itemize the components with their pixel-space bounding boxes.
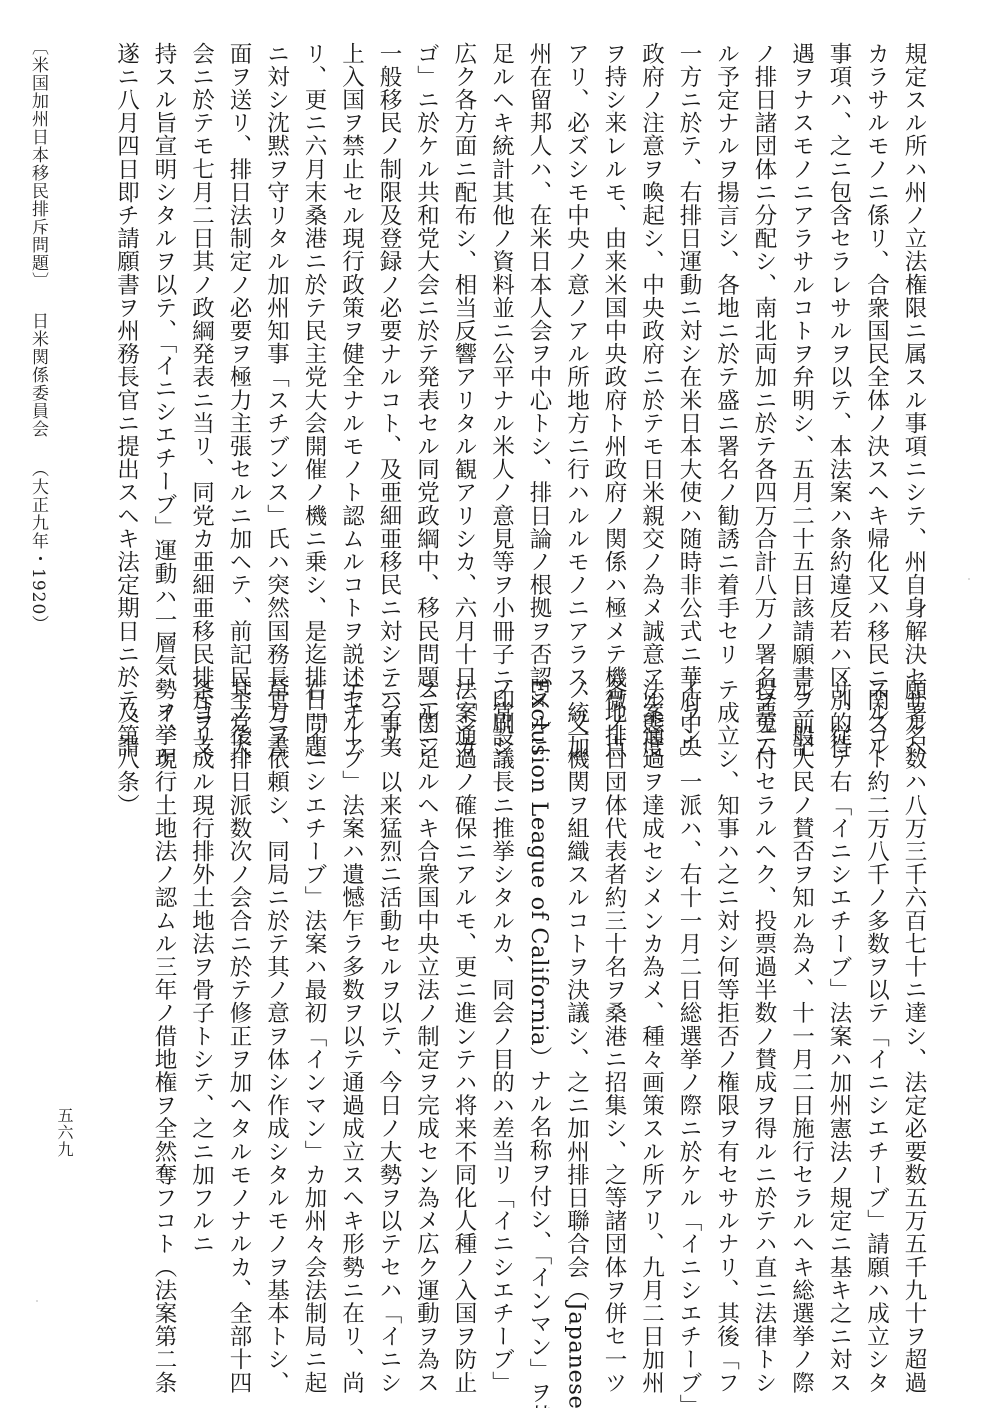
text-line: ヲ持シ来レルモ、由来米国中央政府ト州政府ノ関係ハ極メテ機微ノ点 (595, 42, 633, 642)
text-line: 面ヲ送リ、排日法制定ノ必要ヲ極力主張セルニ加ヘテ、前記民主党大 (220, 42, 258, 642)
text-line: 条ヨリ成ル現行排外土地法ヲ骨子トシテ、之ニ加フルニ (182, 678, 220, 1278)
text-line: 上入国ヲ禁止セル現行政策ヲ健全ナルモノト認ムルコトヲ説述セルア (332, 42, 370, 642)
text-line: 一般移民ノ制限及登録ノ必要ナルコト、及亜細亜移民ニ対シテハ事実 (370, 42, 408, 642)
text-line: エチーブ」法案ハ遺憾乍ラ多数ヲ以テ通過成立スヘキ形勢ニ在リ、尚 (332, 678, 370, 1278)
text-line: 草方ヲ依頼シ、同局ニ於テ其ノ意ヲ体シ作成シタルモノヲ基本トシ、 (257, 678, 295, 1278)
text-line: 州在留邦人ハ、在米日本人会ヲ中心トシ、排日論ノ根拠ヲ否認スルニ (520, 42, 558, 642)
text-line: ニアリ、以来猛烈ニ活動セルヲ以テ、今日ノ大勢ヲ以テセハ「イニシ (370, 678, 408, 1278)
text-line: 右「イニシエチーブ」法案ハ最初「インマン」カ加州々会法制局ニ起 (295, 678, 333, 1278)
text-line: 会ニ於テモ七月二日其ノ政綱発表ニ当リ、同党カ亜細亜移民排斥ヲ支 (182, 42, 220, 642)
running-head-title: 〔米国加州日本移民排斥問題〕 (28, 38, 48, 290)
text-line: ゴ」ニ於ケル共和党大会ニ於テ発表セル同党政綱中、移民問題ニ関シ (407, 42, 445, 642)
text-line: テ成立シ、知事ハ之ニ対シ何等拒否ノ権限ヲ有セサルナリ、其後「フ (707, 678, 745, 1278)
paper-speck (968, 578, 970, 580)
lower-text-block: 願署名数ハ八万三千六百七十ニ達シ、法定必要数五万五千九十ヲ超過 スルコト約二万八… (107, 678, 932, 1278)
text-line: ル予定ナルヲ揚言シ、各地ニ於テ盛ニ署名ノ勧誘ニ着手セリ (707, 42, 745, 642)
page-number: 五六九 (53, 1107, 76, 1158)
text-line: ノ常設議長ニ推挙シタルカ、同会ノ目的ハ差当リ「イニシエチーブ」 (482, 678, 520, 1278)
paper-speck (612, 110, 614, 112)
text-line: 投票ニ付セラルヘク、投票過半数ノ賛成ヲ得ルニ於テハ直ニ法律トシ (745, 678, 783, 1278)
text-line: 及第八条） (107, 678, 145, 1278)
upper-text-block: 規定スル所ハ州ノ立法権限ニ属スル事項ニシテ、州自身解決セサルヘ カラサルモノニ係… (107, 42, 932, 642)
text-line: ノ統一機関ヲ組織スルコトヲ決議シ、之ニ加州排日聯合会（Japanese (557, 678, 595, 1278)
text-line: 各地排日団体代表者約三十名ヲ桑港ニ招集シ、之等諸団体ヲ併セ一ツ (595, 678, 633, 1278)
paper-speck (470, 1372, 472, 1374)
text-line: 遇ヲナスモノニアラサルコトヲ弁明シ、五月二十五日該請願書ヲ前記 (782, 42, 820, 642)
document-page: 規定スル所ハ州ノ立法権限ニ属スル事項ニシテ、州自身解決セサルヘ カラサルモノニ係… (0, 0, 1004, 1408)
text-line: 願署名数ハ八万三千六百七十ニ達シ、法定必要数五万五千九十ヲ超過 (895, 678, 933, 1278)
text-line: 遂ニ八月四日即チ請願書ヲ州務長官ニ提出スヘキ法定期日ニ於テ、請 (107, 42, 145, 642)
text-line: スルニ足ルヘキ合衆国中央立法ノ制定ヲ完成セン為メ広ク運動ヲ為ス (407, 678, 445, 1278)
text-line: ニ対シ沈黙ヲ守リタル加州知事「スチブンス」氏ハ突然国務長官ニ書 (257, 42, 295, 642)
text-line: 其ノ後排日派数次ノ会合ニ於テ修正ヲ加ヘタルモノナルカ、全部十四 (220, 678, 258, 1278)
running-head-committee: 日米関係委員会 (28, 312, 48, 438)
text-line: ル一般人民ノ賛否ヲ知ル為メ、十一月二日施行セラルヘキ総選挙ノ際 (782, 678, 820, 1278)
running-head: 〔米国加州日本移民排斥問題〕日米関係委員会（大正九年・1920） (26, 38, 51, 633)
text-line: 政府ノ注意ヲ喚起シ、中央政府ニ於テモ日米親交ノ為メ誠意アル態度 (632, 42, 670, 642)
text-line: 足ルヘキ統計其他ノ資料並ニ公平ナル米人ノ意見等ヲ小冊子ニ印刷シ (482, 42, 520, 642)
text-line: スルコト約二万八千ノ多数ヲ以テ「イニシエチーブ」請願ハ成立シタ (857, 678, 895, 1278)
text-line: イ、現行土地法ノ認ムル三年ノ借地権ヲ全然奪フコト（法案第二条 (145, 678, 183, 1278)
text-line: リ、従テ右「イニシエチーブ」法案ハ加州憲法ノ規定ニ基キ之ニ対ス (820, 678, 858, 1278)
text-line: 規定スル所ハ州ノ立法権限ニ属スル事項ニシテ、州自身解決セサルヘ (895, 42, 933, 642)
text-line: 広ク各方面ニ配布シ、相当反響アリタル観アリシカ、六月十日「シカ (445, 42, 483, 642)
text-line: カラサルモノニ係リ、合衆国民全体ノ決スヘキ帰化又ハ移民ニ関スル (857, 42, 895, 642)
running-head-era: （大正九年・1920） (28, 460, 48, 633)
text-line: 法案通過ノ確保ニアルモ、更ニ進ンテハ将来不同化人種ノ入国ヲ防止 (445, 678, 483, 1278)
text-line: 事項ハ、之ニ包含セラレサルヲ以テ、本法案ハ条約違反若ハ区別的待 (820, 42, 858, 642)
text-line: 一方ニ於テ、右排日運動ニ対シ在米日本大使ハ随時非公式ニ華府中央 (670, 42, 708, 642)
text-line: リ、更ニ六月末桑港ニ於テ民主党大会開催ノ機ニ乗シ、是迄排日問題 (295, 42, 333, 642)
text-line: Exclusion League of California）ナル名称ヲ付シ、「… (520, 678, 558, 1278)
text-line: 持スル旨宣明シタルヲ以テ、「イニシエチーブ」運動ハ一層気勢ヲ挙ケ (145, 42, 183, 642)
text-line: ノ排日諸団体ニ分配シ、南北両加ニ於テ各四万合計八万ノ署名ヲ蒐ム (745, 42, 783, 642)
text-line: アリ、必ズシモ中央ノ意ノアル所地方ニ行ハルルモノニアラス、又加 (557, 42, 595, 642)
text-line: イラン」一派ハ、右十一月二日総選挙ノ際ニ於ケル「イニシエチーブ」 (670, 678, 708, 1278)
text-line: 法案通過ヲ達成セシメンカ為メ、種々画策スル所アリ、九月二日加州 (632, 678, 670, 1278)
paper-speck (36, 1300, 38, 1302)
